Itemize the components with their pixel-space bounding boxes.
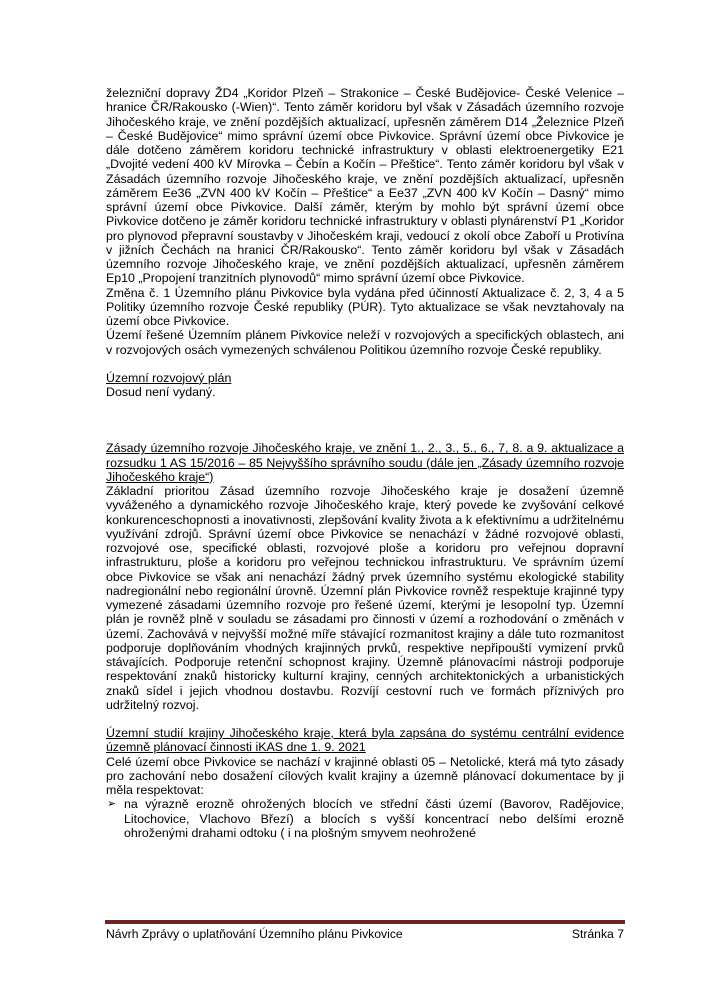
paragraph-corridors: železniční dopravy ŽD4 „Koridor Plzeň – … (106, 86, 624, 286)
document-page: železniční dopravy ŽD4 „Koridor Plzeň – … (106, 86, 624, 840)
bullet-list: ➢ na výrazně erozně ohrožených blocích v… (106, 797, 624, 840)
paragraph-zur: Základní prioritou Zásad územního rozvoj… (106, 484, 624, 712)
paragraph-development-areas: Území řešené Územním plánem Pivkovice ne… (106, 328, 624, 357)
page-footer: Návrh Zprávy o uplatňování Územního plán… (106, 927, 624, 941)
heading-urp: Územní rozvojový plán (106, 371, 624, 385)
paragraph-landscape-study: Celé území obce Pivkovice se nachází v k… (106, 755, 624, 798)
heading-zur: Zásady územního rozvoje Jihočeského kraj… (106, 441, 624, 484)
spacer (106, 712, 624, 726)
heading-landscape-study: Územní studií krajiny Jihočeského kraje,… (106, 726, 624, 755)
list-item-text: na výrazně erozně ohrožených blocích ve … (124, 797, 624, 840)
arrow-bullet-icon: ➢ (107, 797, 116, 811)
spacer (106, 399, 624, 441)
footer-document-title: Návrh Zprávy o uplatňování Územního plán… (106, 927, 403, 941)
footer-page-number: Stránka 7 (572, 927, 624, 941)
spacer (106, 357, 624, 371)
paragraph-change-1: Změna č. 1 Územního plánu Pivkovice byla… (106, 286, 624, 329)
footer-rule (105, 920, 625, 924)
list-item: ➢ na výrazně erozně ohrožených blocích v… (106, 797, 624, 840)
paragraph-urp: Dosud není vydaný. (106, 385, 624, 399)
